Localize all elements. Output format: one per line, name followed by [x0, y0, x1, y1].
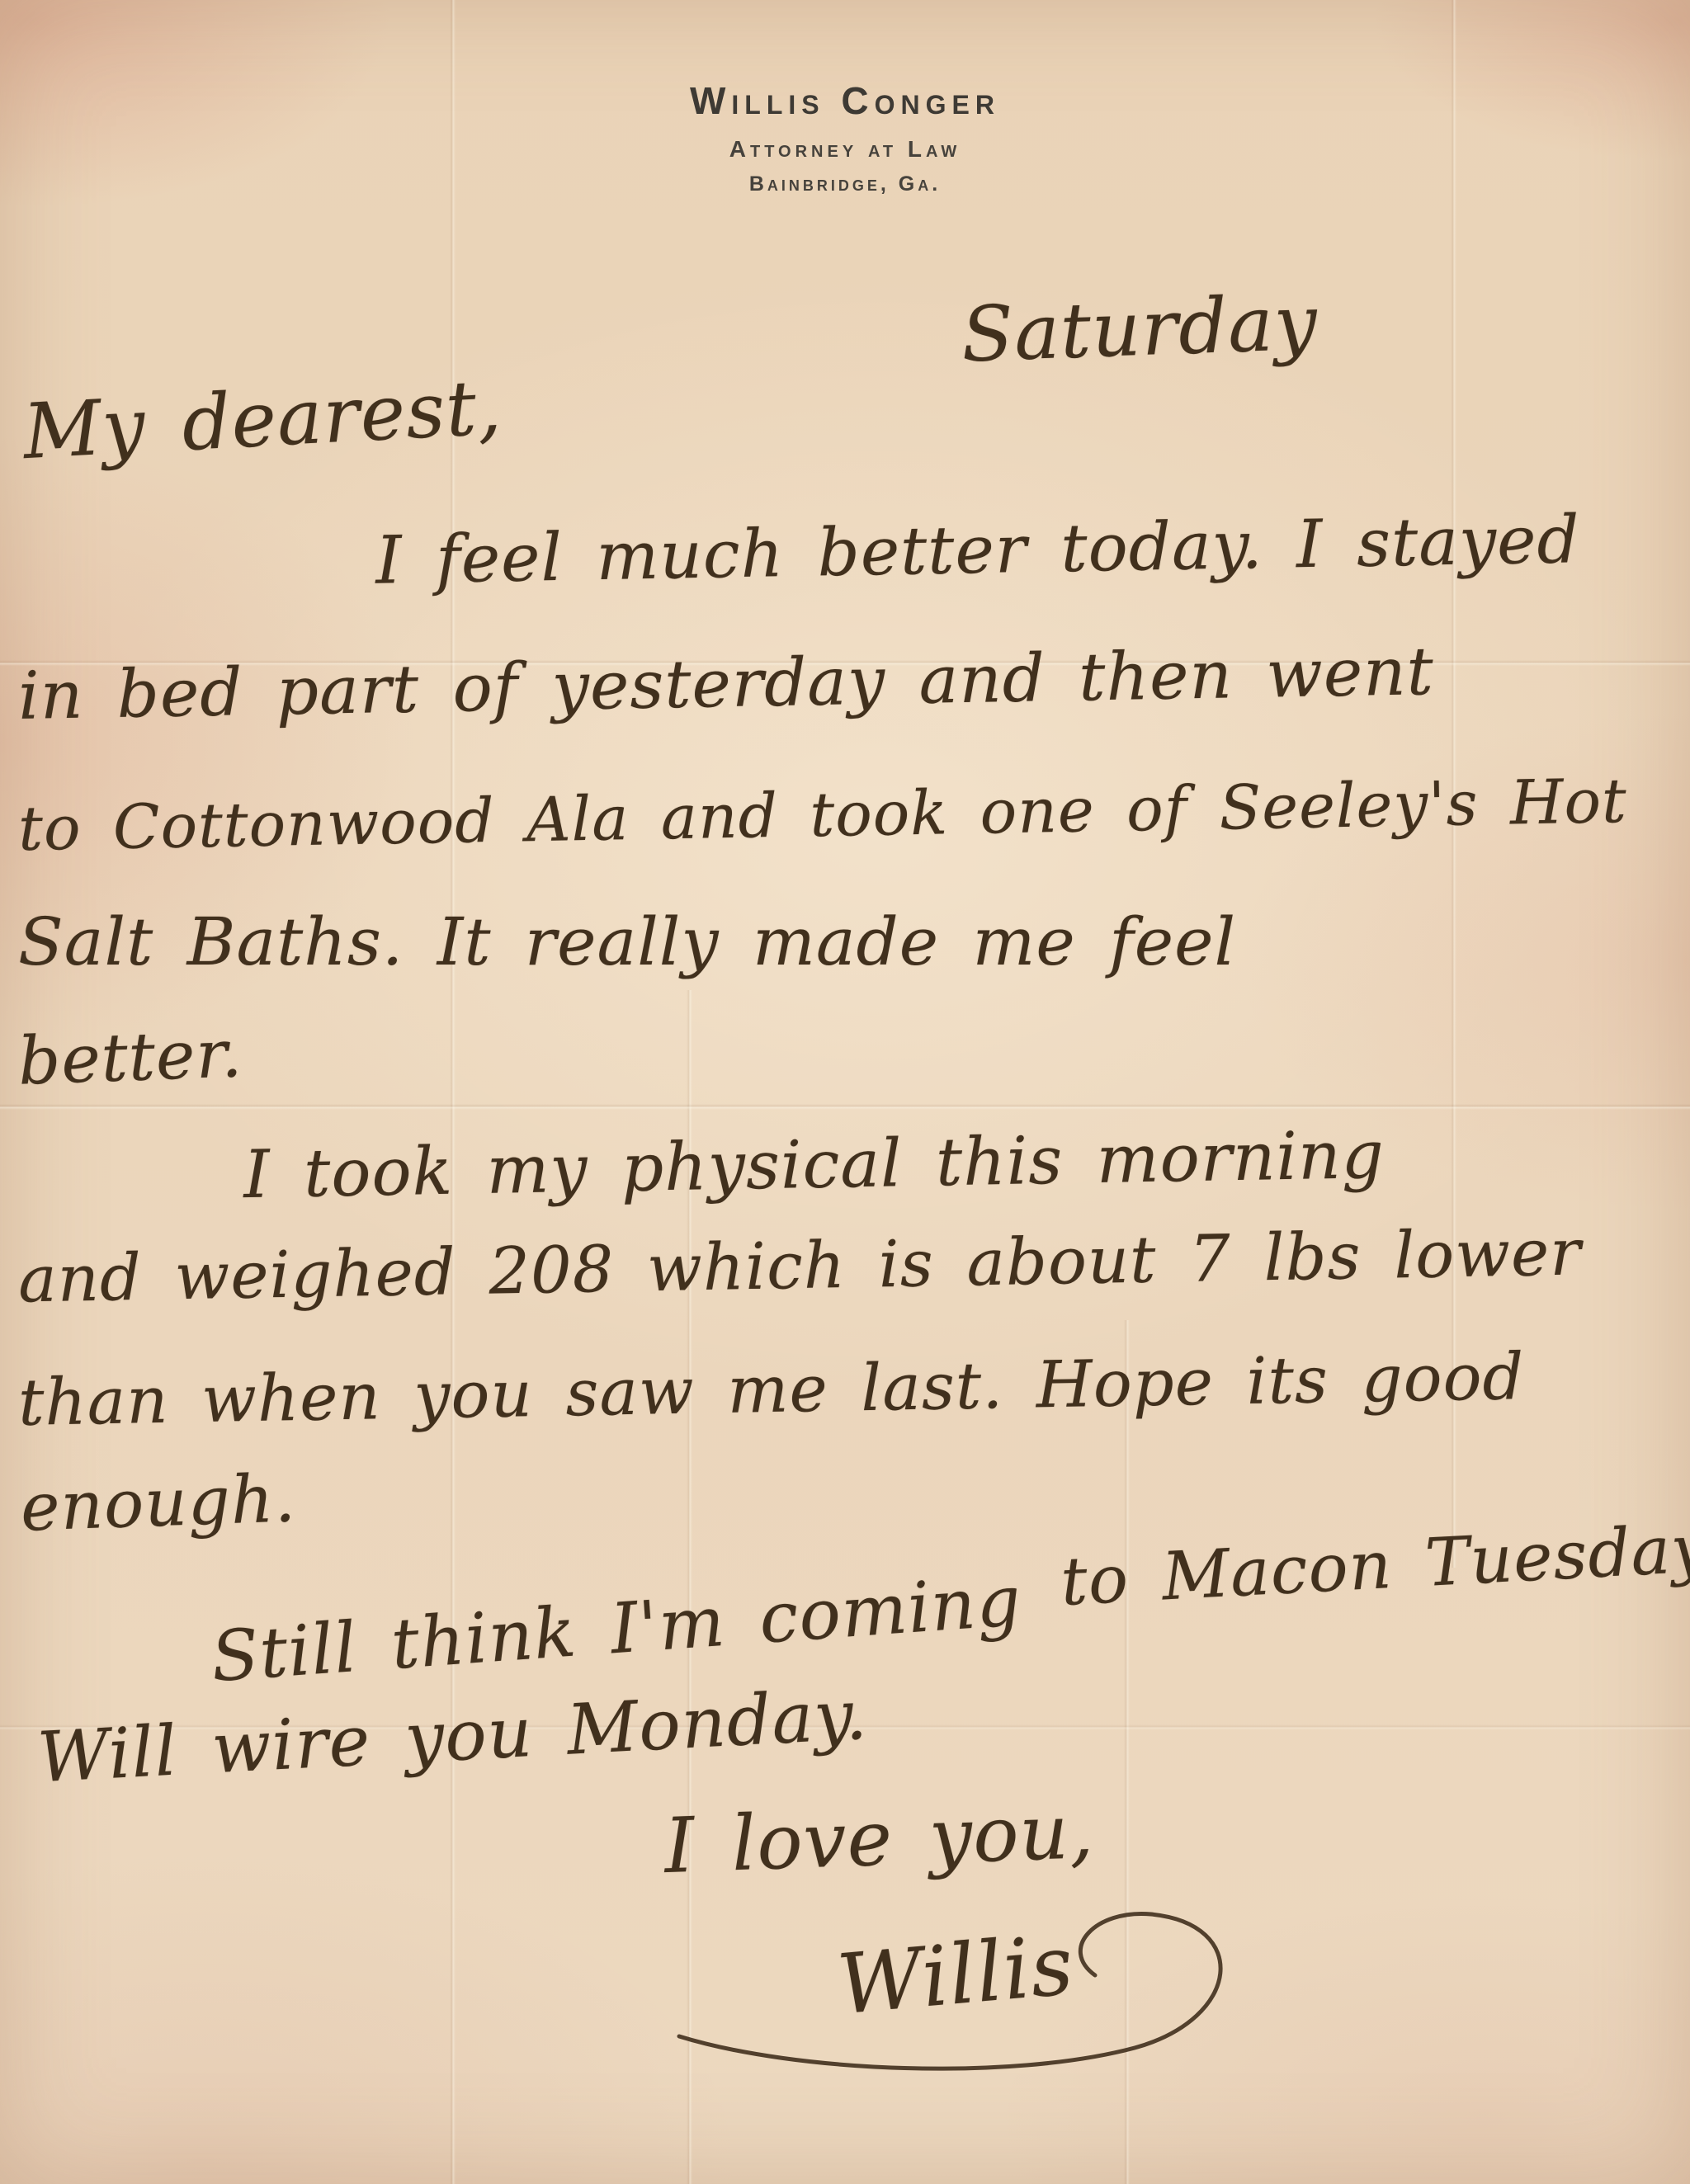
letterhead-location: Bainbridge, Ga.	[0, 172, 1690, 196]
date-line: Saturday	[960, 278, 1319, 379]
letter-line: I took my physical this morning	[243, 1116, 1385, 1213]
fold-crease-horizontal	[0, 1104, 1690, 1110]
letter-line: Still think I'm coming	[209, 1560, 1024, 1697]
salutation: My dearest,	[21, 363, 504, 476]
fold-crease-vertical	[450, 0, 456, 2184]
letter-line: to Cottonwood Ala and took one of Seeley…	[17, 766, 1627, 865]
letter-line: enough.	[19, 1460, 297, 1546]
letter-line: Salt Baths. It really made me feel	[18, 903, 1236, 980]
letter-line: to Macon Tuesday.	[1059, 1509, 1690, 1620]
letterhead-name: Willis Conger	[0, 78, 1690, 123]
letter-line: in bed part of yesterday and then went	[17, 633, 1434, 734]
closing: I love you,	[663, 1787, 1095, 1890]
letter-line: than when you saw me last. Hope its good	[17, 1340, 1525, 1441]
letter-paper: Willis Conger Attorney at Law Bainbridge…	[0, 0, 1690, 2184]
letter-line: I feel much better today. I stayed	[375, 501, 1580, 598]
letterhead: Willis Conger Attorney at Law Bainbridge…	[0, 78, 1690, 196]
letter-line: Will wire you Monday.	[35, 1674, 870, 1799]
letter-line: better.	[17, 1015, 243, 1099]
letter-line: and weighed 208 which is about 7 lbs low…	[17, 1215, 1582, 1317]
signature: Willis	[833, 1917, 1077, 2034]
letterhead-title: Attorney at Law	[0, 136, 1690, 163]
